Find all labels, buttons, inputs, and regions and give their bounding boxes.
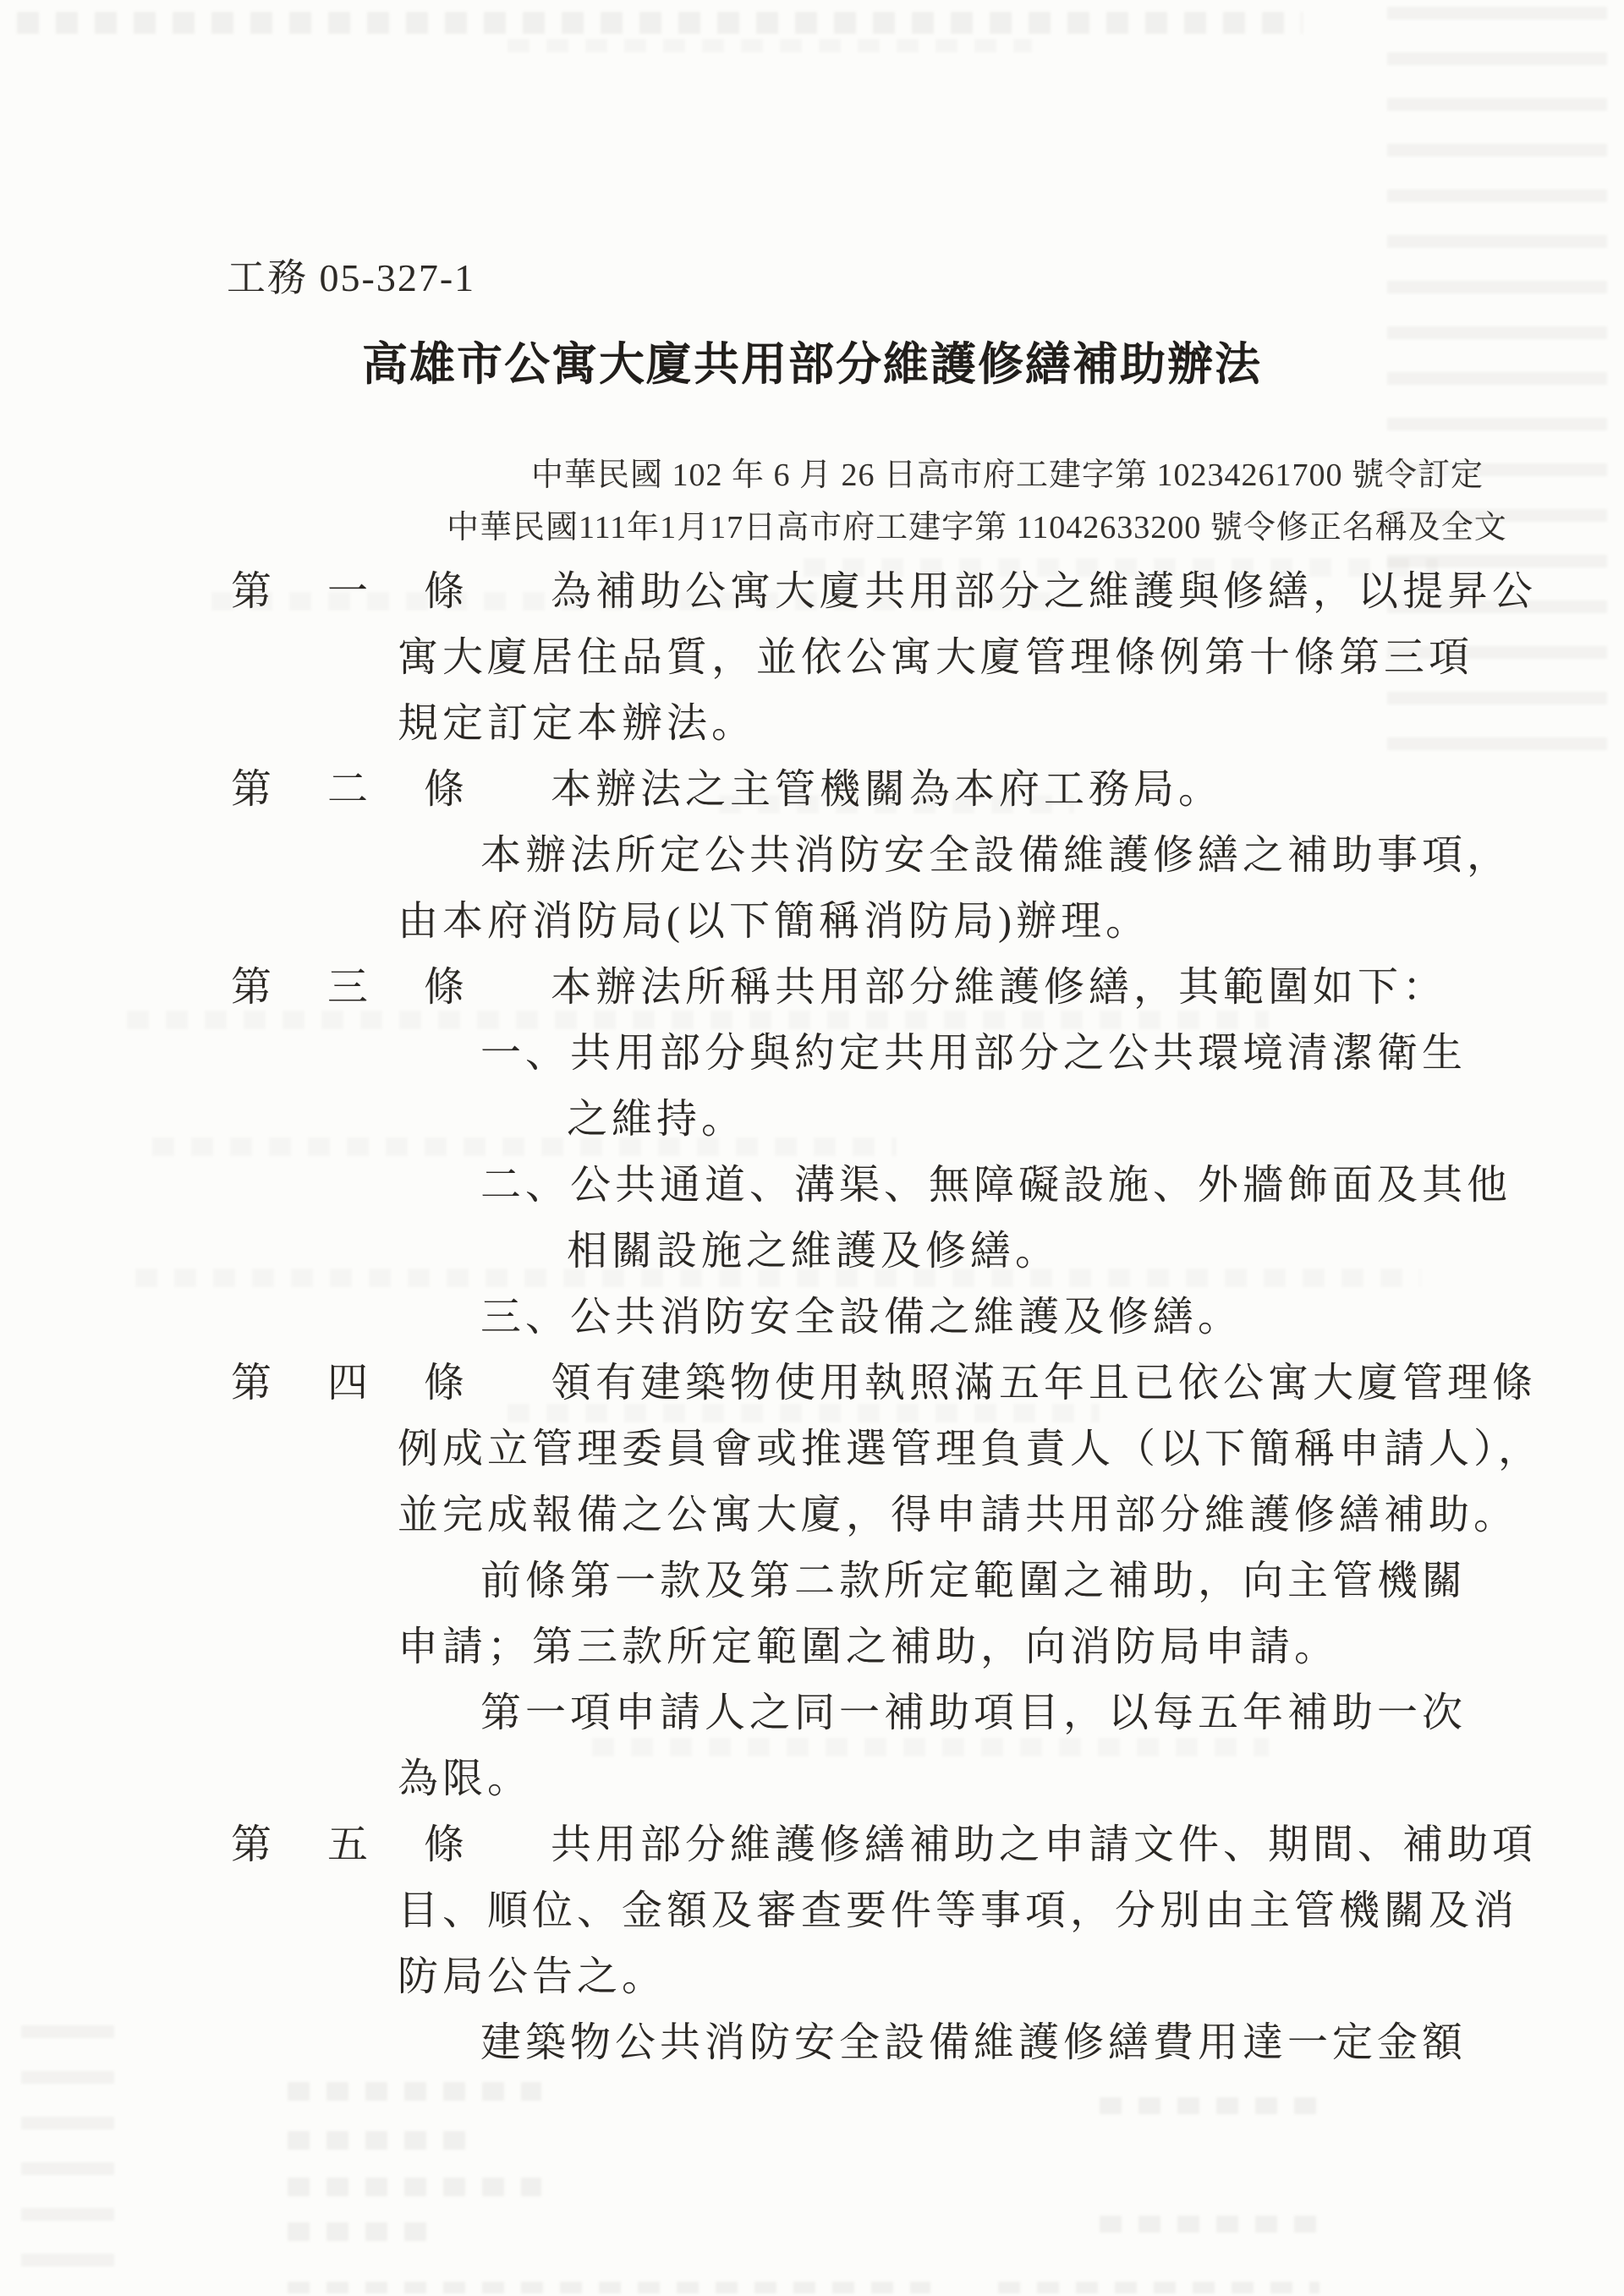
article-1-heading-line: 第 一 條為補助公寓大廈共用部分之維護與修繕，以提昇公 bbox=[231, 568, 1537, 615]
article-5-heading-line: 第 五 條共用部分維護修繕補助之申請文件、期間、補助項 bbox=[231, 1822, 1537, 1868]
article-number-label: 第 一 條 bbox=[231, 569, 487, 614]
article-number-label: 第 二 條 bbox=[231, 767, 487, 812]
doc-line: 之維持。 bbox=[567, 1096, 746, 1143]
bleed-through-artifact bbox=[127, 1011, 1269, 1029]
bleed-through-artifact bbox=[998, 2282, 1319, 2293]
bleed-through-artifact bbox=[507, 39, 1032, 52]
bleed-through-artifact bbox=[592, 1738, 1269, 1756]
bleed-through-artifact bbox=[288, 2282, 930, 2293]
doc-line: 本辦法所定公共消防安全設備維護修繕之補助事項， bbox=[480, 832, 1512, 879]
doc-classification-number: 工務 05-327-1 bbox=[227, 259, 475, 298]
bleed-through-artifact bbox=[17, 12, 1303, 34]
bleed-through-artifact bbox=[288, 2082, 541, 2101]
doc-line: 寓大廈居住品質，並依公寓大廈管理條例第十條第三項 bbox=[398, 634, 1473, 681]
doc-line: 由本府消防局(以下簡稱消防局)辦理。 bbox=[398, 898, 1150, 945]
doc-line: 目、順位、金額及審查要件等事項，分別由主管機關及消 bbox=[398, 1888, 1518, 1934]
list-item-line: 三、公共消防安全設備之維護及修繕。 bbox=[480, 1294, 1243, 1340]
bleed-through-artifact bbox=[288, 2222, 440, 2241]
doc-line: 並完成報備之公寓大廈，得申請共用部分維護修繕補助。 bbox=[398, 1492, 1518, 1538]
doc-line: 規定訂定本辦法。 bbox=[398, 700, 756, 747]
bleed-through-artifact bbox=[152, 1137, 897, 1156]
article-2-heading-line: 第 二 條本辦法之主管機關為本府工務局。 bbox=[231, 766, 1223, 813]
article-number-label: 第 三 條 bbox=[231, 965, 487, 1010]
bleed-through-artifact bbox=[1100, 2216, 1319, 2233]
scanned-document-page: 工務 05-327-1 高雄市公寓大廈共用部分維護修繕補助辦法 中華民國 102… bbox=[0, 0, 1624, 2296]
bleed-through-artifact bbox=[288, 2178, 541, 2196]
doc-line: 例成立管理委員會或推選管理負責人（以下簡稱申請人）， bbox=[398, 1426, 1543, 1472]
doc-line: 申請；第三款所定範圍之補助，向消防局申請。 bbox=[398, 1624, 1339, 1670]
doc-line: 建築物公共消防安全設備維護修繕費用達一定金額 bbox=[480, 2019, 1467, 2066]
article-text: 本辦法之主管機關為本府工務局。 bbox=[551, 767, 1223, 812]
list-item-line: 二、公共通道、溝渠、無障礙設施、外牆飾面及其他 bbox=[480, 1162, 1512, 1208]
article-text: 共用部分維護修繕補助之申請文件、期間、補助項 bbox=[551, 1822, 1537, 1867]
document-title: 高雄市公寓大廈共用部分維護修繕補助辦法 bbox=[0, 340, 1624, 390]
doc-line: 為限。 bbox=[398, 1756, 532, 1802]
list-item-line: 一、共用部分與約定共用部分之公共環境清潔衛生 bbox=[480, 1030, 1467, 1077]
article-text: 為補助公寓大廈共用部分之維護與修繕，以提昇公 bbox=[551, 569, 1537, 614]
bleed-through-artifact bbox=[507, 1404, 1100, 1422]
article-text: 本辦法所稱共用部分維護修繕，其範圍如下： bbox=[551, 965, 1447, 1010]
article-number-label: 第 四 條 bbox=[231, 1361, 487, 1406]
doc-line: 防局公告之。 bbox=[398, 1954, 667, 2000]
doc-line: 第一項申請人之同一補助項目，以每五年補助一次 bbox=[480, 1690, 1467, 1736]
doc-line: 相關設施之維護及修繕。 bbox=[567, 1228, 1060, 1274]
bleed-through-artifact bbox=[288, 2131, 474, 2150]
bleed-through-artifact bbox=[1100, 2097, 1319, 2114]
article-4-heading-line: 第 四 條領有建築物使用執照滿五年且已依公寓大廈管理條 bbox=[231, 1360, 1537, 1406]
article-number-label: 第 五 條 bbox=[231, 1822, 487, 1867]
promulgation-line-2: 中華民國111年1月17日高市府工建字第 11042633200 號令修正名稱及… bbox=[447, 512, 1507, 544]
article-text: 領有建築物使用執照滿五年且已依公寓大廈管理條 bbox=[551, 1361, 1537, 1406]
doc-line: 前條第一款及第二款所定範圍之補助，向主管機關 bbox=[480, 1558, 1467, 1604]
bleed-through-artifact bbox=[21, 2025, 114, 2292]
article-3-heading-line: 第 三 條本辦法所稱共用部分維護修繕，其範圍如下： bbox=[231, 964, 1447, 1011]
promulgation-line-1: 中華民國 102 年 6 月 26 日高市府工建字第 10234261700 號… bbox=[531, 459, 1484, 491]
